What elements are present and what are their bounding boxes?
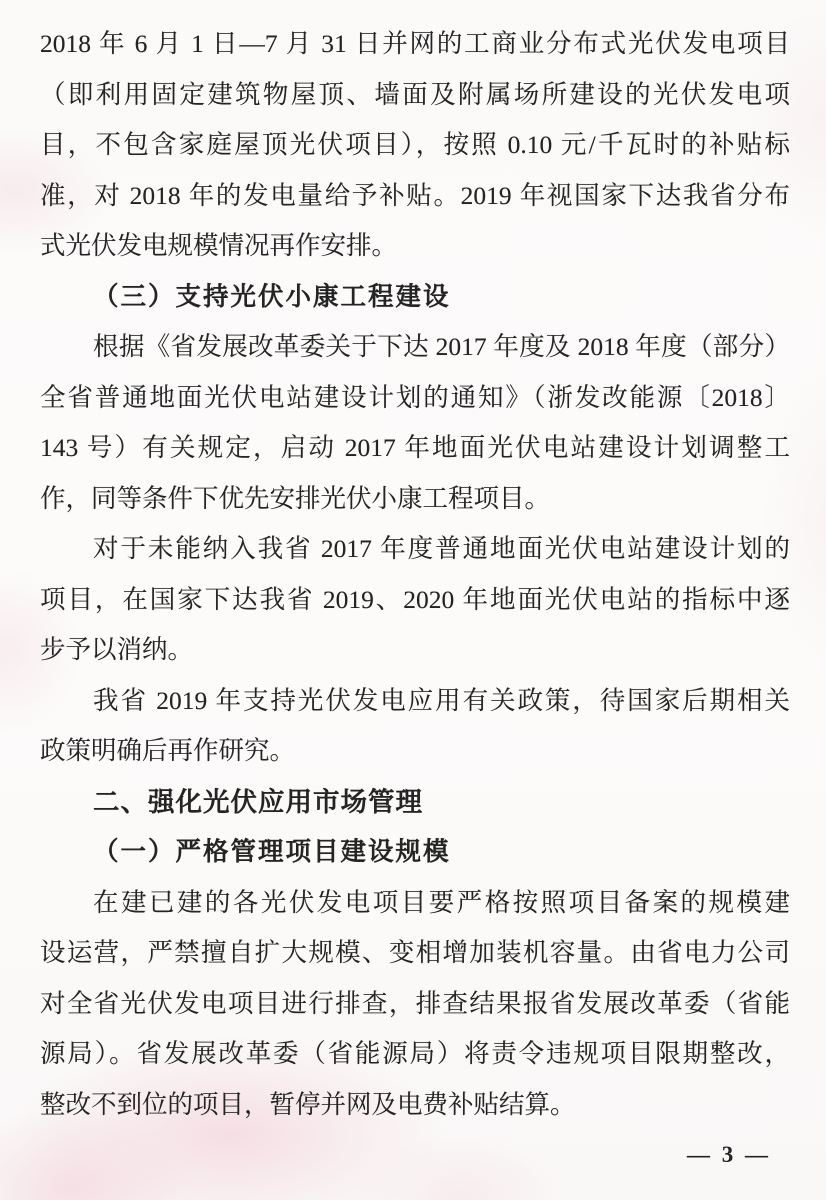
text-line: 准，对 2018 年的发电量给予补贴。2019 年视国家下达我省分布: [40, 171, 790, 222]
text-line: （即利用固定建筑物屋顶、墙面及附属场所建设的光伏发电项: [40, 70, 790, 121]
text-line: 步予以消纳。: [40, 625, 790, 676]
subsection-heading: （三）支持光伏小康工程建设: [40, 272, 790, 323]
text-line: 根据《省发展改革委关于下达 2017 年度及 2018 年度（部分）: [40, 322, 790, 373]
text-line: 对于未能纳入我省 2017 年度普通地面光伏电站建设计划的: [40, 524, 790, 575]
section-heading: 二、强化光伏应用市场管理: [40, 777, 790, 828]
text-line: 我省 2019 年支持光伏发电应用有关政策，待国家后期相关: [40, 676, 790, 727]
text-line: 整改不到位的项目，暂停并网及电费补贴结算。: [40, 1080, 790, 1131]
text-line: 源局）。省发展改革委（省能源局）将责令违规项目限期整改，: [40, 1029, 790, 1080]
text-line: 对全省光伏发电项目进行排查，排查结果报省发展改革委（省能: [40, 979, 790, 1030]
text-line: 在建已建的各光伏发电项目要严格按照项目备案的规模建: [40, 878, 790, 929]
text-line: 作，同等条件下优先安排光伏小康工程项目。: [40, 474, 790, 525]
text-line: 目，不包含家庭屋顶光伏项目），按照 0.10 元/千瓦时的补贴标: [40, 120, 790, 171]
text-line: 项目，在国家下达我省 2019、2020 年地面光伏电站的指标中逐: [40, 575, 790, 626]
text-line: 政策明确后再作研究。: [40, 726, 790, 777]
text-line: 2018 年 6 月 1 日—7 月 31 日并网的工商业分布式光伏发电项目: [40, 19, 790, 70]
text-line: 143 号）有关规定，启动 2017 年地面光伏电站建设计划调整工: [40, 423, 790, 474]
page-number: — 3 —: [687, 1142, 771, 1168]
text-line: 式光伏发电规模情况再作安排。: [40, 221, 790, 272]
text-line: 全省普通地面光伏电站建设计划的通知》（浙发改能源〔2018〕: [40, 373, 790, 424]
document-text: 2018 年 6 月 1 日—7 月 31 日并网的工商业分布式光伏发电项目 （…: [40, 19, 790, 1130]
text-line: 设运营，严禁擅自扩大规模、变相增加装机容量。由省电力公司: [40, 928, 790, 979]
subsection-heading: （一）严格管理项目建设规模: [40, 827, 790, 878]
document-page: 2018 年 6 月 1 日—7 月 31 日并网的工商业分布式光伏发电项目 （…: [0, 0, 826, 1200]
